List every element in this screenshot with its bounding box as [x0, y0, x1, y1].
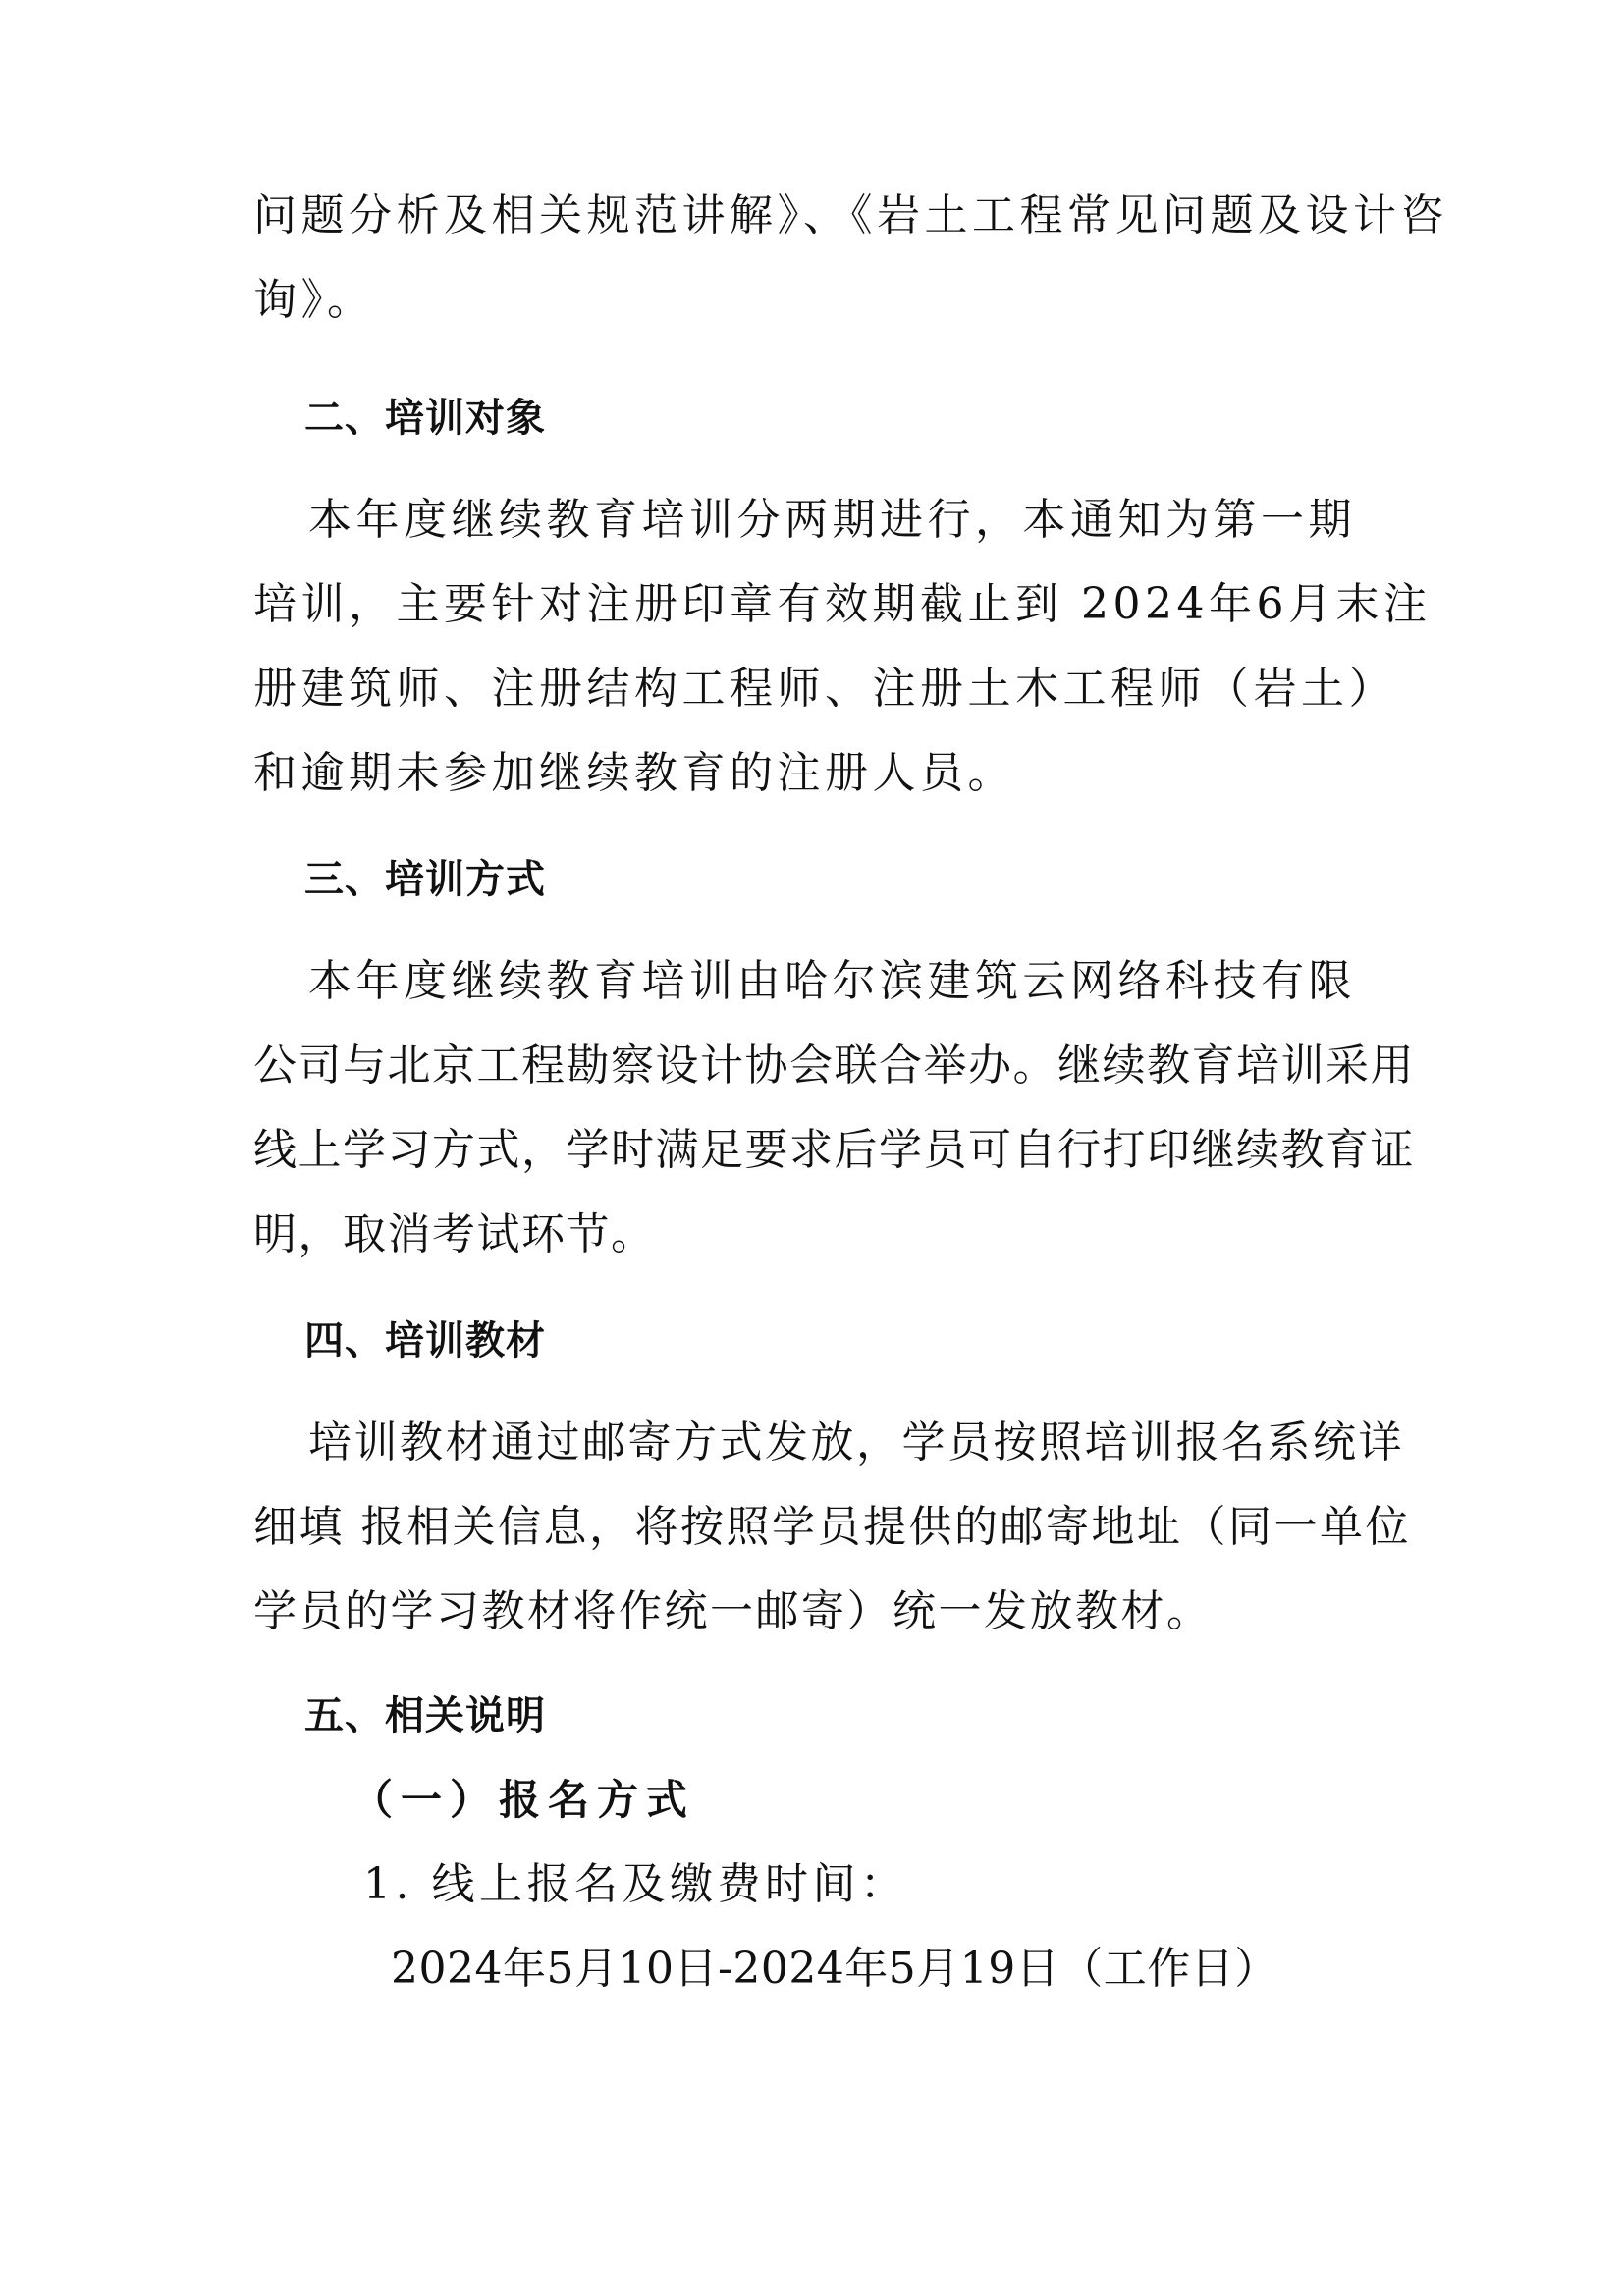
paragraph-line: 和逾期未参加继续教育的注册人员。	[253, 744, 1015, 803]
paragraph-line: 线上学习方式，学时满足要求后学员可自行打印继续教育证	[253, 1121, 1415, 1180]
paragraph-line: 细填 报相关信息，将按照学员提供的邮寄地址（同一单位	[253, 1498, 1411, 1557]
section-heading: 五、相关说明	[304, 1686, 546, 1745]
section-heading: 四、培训教材	[304, 1311, 546, 1370]
paragraph-line: 问题分析及相关规范讲解》、《岩土工程常见问题及设计咨	[253, 187, 1448, 245]
paragraph-line: 询》。	[253, 271, 375, 330]
list-item: 1. 线上报名及缴费时间：	[363, 1855, 907, 1914]
paragraph-line: 明，取消考试环节。	[253, 1205, 656, 1264]
paragraph-line: 本年度继续教育培训由哈尔滨建筑云网络科技有限	[308, 952, 1356, 1011]
paragraph-line: 培训，主要针对注册印章有效期截止到 2024年6月末注	[253, 575, 1431, 634]
date-range-line: 2024年5月10日-2024年5月19日（工作日）	[391, 1940, 1278, 1999]
section-heading: 二、培训对象	[304, 389, 546, 448]
paragraph-line: 培训教材通过邮寄方式发放，学员按照培训报名系统详	[308, 1414, 1404, 1472]
paragraph-line: 本年度继续教育培训分两期进行，本通知为第一期	[308, 491, 1356, 550]
section-heading: 三、培训方式	[304, 850, 546, 909]
paragraph-line: 公司与北京工程勘察设计协会联合举办。继续教育培训采用	[253, 1037, 1415, 1095]
subsection-heading: （一）报名方式	[352, 1771, 695, 1830]
paragraph-line: 册建筑师、注册结构工程师、注册土木工程师（岩土）	[253, 660, 1396, 719]
paragraph-line: 学员的学习教材将作统一邮寄）统一发放教材。	[253, 1582, 1213, 1641]
